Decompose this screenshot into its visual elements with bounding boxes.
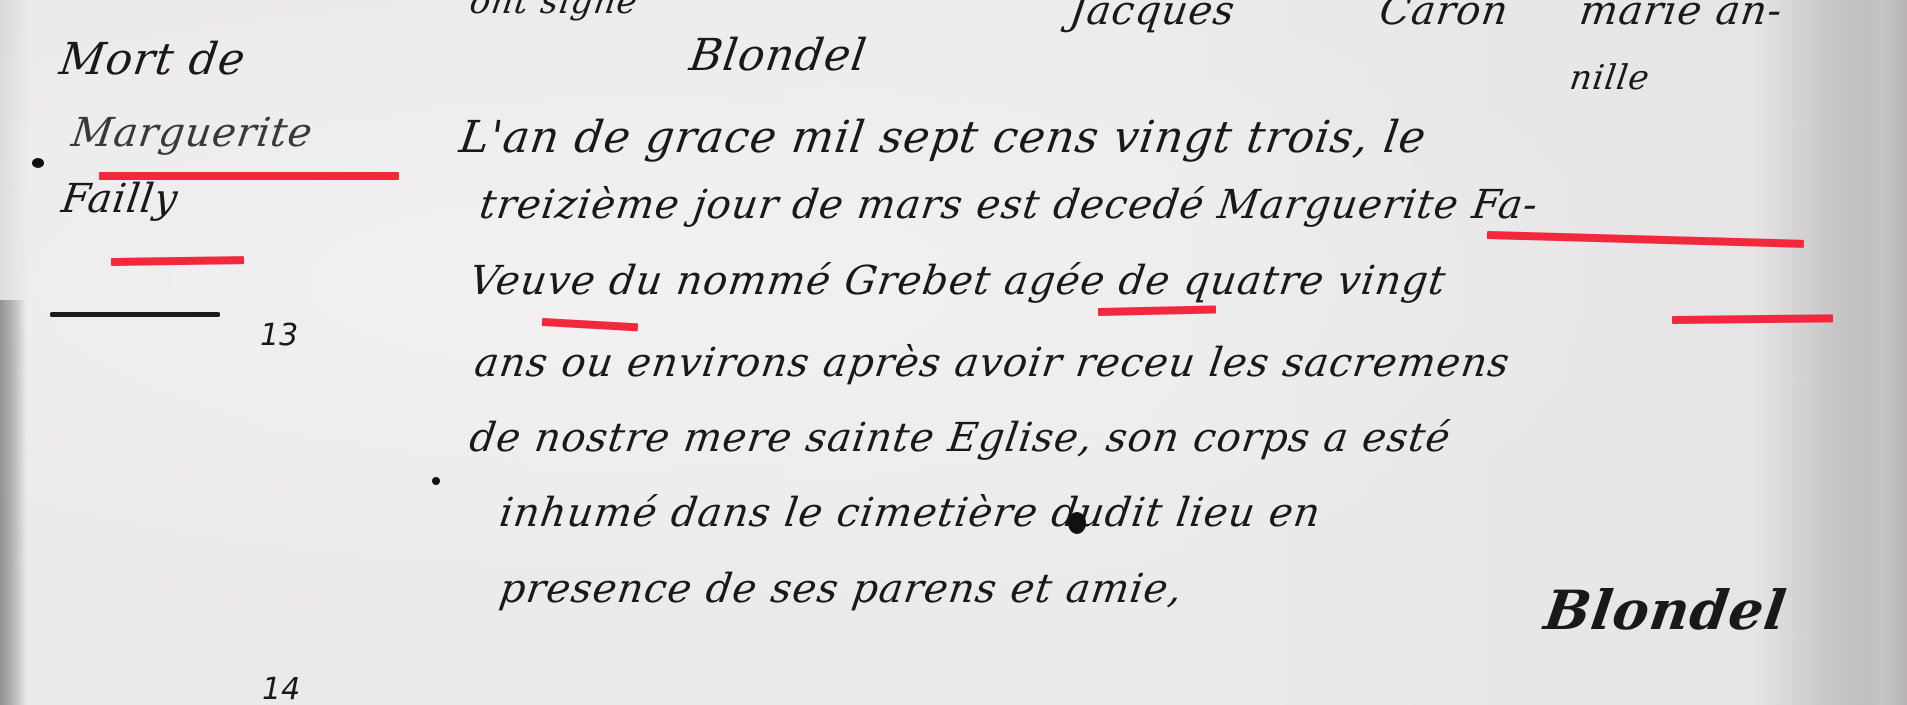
priest-signature: Blondel [1541, 578, 1791, 642]
underline-veuve [542, 318, 638, 331]
entry-number: 13 [260, 318, 298, 353]
body-line-3: Veuve du nommé Grebet agée de quatre vin… [467, 258, 1449, 304]
prev-entry-signature: Blondel [686, 30, 870, 81]
ink-blot [1068, 512, 1086, 534]
underline-margin-failly [111, 256, 244, 266]
document-scan: Mort de Marguerite Failly 13 14 ont sign… [0, 0, 1907, 705]
prev-entry-fragment: ont signé [467, 0, 641, 22]
margin-name-last: Failly [59, 176, 181, 222]
ink-blot-margin [32, 158, 44, 168]
body-line-5: de nostre mere sainte Eglise, son corps … [467, 415, 1454, 461]
body-line-6: inhumé dans le cimetière dudit lieu en [497, 490, 1324, 536]
underline-body-marguerite [1487, 231, 1804, 248]
ink-dot [432, 477, 440, 485]
prev-entry-name-2: Caron [1377, 0, 1512, 34]
next-entry-number: 14 [262, 672, 300, 705]
body-line-2: treizième jour de mars est decedé Margue… [477, 182, 1541, 228]
page-fold-shadow [1867, 0, 1907, 705]
margin-heading: Mort de [56, 34, 249, 85]
body-line-7: presence de ses parens et amie, [497, 566, 1186, 612]
prev-entry-name-1: Jacques [1067, 0, 1238, 34]
underline-grebet [1098, 306, 1216, 316]
underline-margin-marguerite [99, 172, 399, 180]
prev-entry-continuation: nille [1567, 58, 1652, 98]
margin-name-first: Marguerite [69, 110, 316, 156]
margin-separator [50, 312, 220, 317]
underline-quatre-vingt [1672, 314, 1833, 324]
body-line-4: ans ou environs après avoir receu les sa… [472, 340, 1513, 386]
body-line-1: L'an de grace mil sept cens vingt trois,… [456, 112, 1429, 163]
binding-shadow [0, 300, 26, 705]
prev-entry-name-3: marie an- [1577, 0, 1786, 34]
